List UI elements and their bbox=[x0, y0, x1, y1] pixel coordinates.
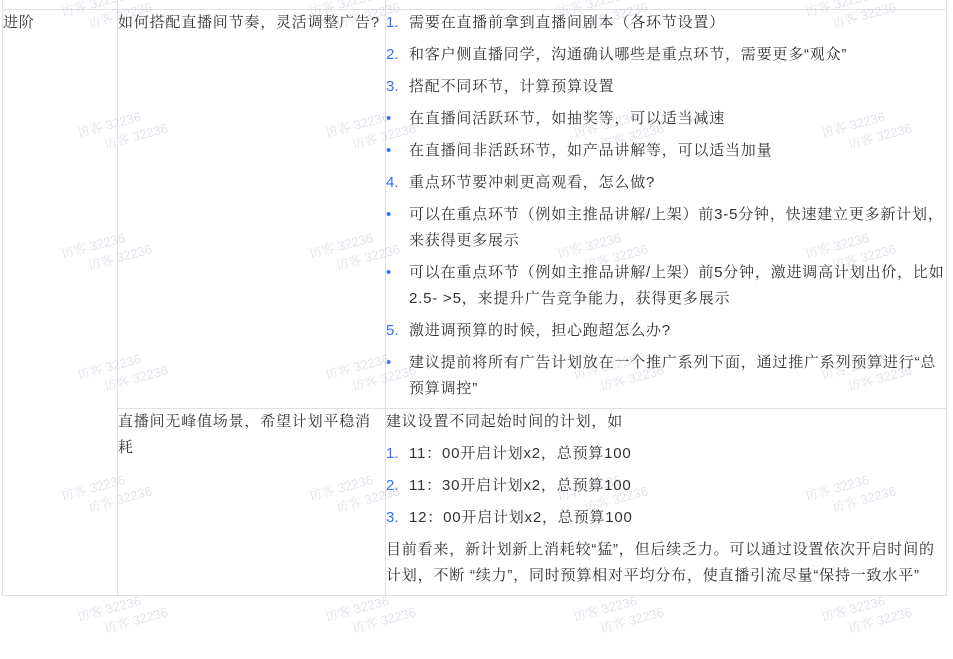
list-number: 1. bbox=[386, 441, 409, 467]
answer-text: 建议提前将所有广告计划放在一个推广系列下面，通过推广系列预算进行“总预算调控” bbox=[409, 350, 946, 402]
answer-text: 需要在直播前拿到直播间剧本（各环节设置） bbox=[409, 10, 946, 36]
table-row-partial bbox=[3, 0, 947, 10]
answer-paragraph: • 在直播间活跃环节，如抽奖等，可以适当减速 bbox=[386, 106, 946, 132]
answer-text: 激进调预算的时候，担心跑超怎么办? bbox=[409, 318, 946, 344]
faq-table-container: 进阶 如何搭配直播间节奏，灵活调整广告? 1. 需要在直播前拿到直播间剧本（各环… bbox=[2, 0, 947, 596]
answer-paragraph: 3. 12：00开启计划x2，总预算100 bbox=[386, 505, 946, 531]
answer-text: 建议设置不同起始时间的计划，如 bbox=[386, 413, 623, 430]
answer-paragraph: • 建议提前将所有广告计划放在一个推广系列下面，通过推广系列预算进行“总预算调控… bbox=[386, 350, 946, 402]
answer-paragraph: 1. 11：00开启计划x2，总预算100 bbox=[386, 441, 946, 467]
table-row: 直播间无峰值场景，希望计划平稳消耗 建议设置不同起始时间的计划，如 1. 11：… bbox=[3, 409, 947, 596]
answer-paragraph: • 可以在重点环节（例如主推品讲解/上架）前5分钟，激进调高计划出价，比如2.5… bbox=[386, 260, 946, 312]
answer-text: 可以在重点环节（例如主推品讲解/上架）前5分钟，激进调高计划出价，比如2.5- … bbox=[409, 260, 946, 312]
list-number: 3. bbox=[386, 505, 409, 531]
answer-paragraph: • 可以在重点环节（例如主推品讲解/上架）前3-5分钟，快速建立更多新计划，来获… bbox=[386, 202, 946, 254]
question-cell: 直播间无峰值场景，希望计划平稳消耗 bbox=[118, 409, 386, 596]
answer-cell: 建议设置不同起始时间的计划，如 1. 11：00开启计划x2，总预算100 2.… bbox=[386, 409, 947, 596]
answer-text: 11：30开启计划x2，总预算100 bbox=[409, 473, 946, 499]
answer-text: 和客户侧直播同学，沟通确认哪些是重点环节，需要更多“观众” bbox=[409, 42, 946, 68]
answer-text: 重点环节要冲刺更高观看，怎么做? bbox=[409, 170, 946, 196]
answer-text: 可以在重点环节（例如主推品讲解/上架）前3-5分钟，快速建立更多新计划，来获得更… bbox=[409, 202, 946, 254]
list-number: 5. bbox=[386, 318, 409, 344]
answer-paragraph: 建议设置不同起始时间的计划，如 bbox=[386, 409, 946, 435]
answer-text: 目前看来，新计划新上消耗较“猛”，但后续乏力。可以通过设置依次开启时间的计划，不… bbox=[386, 541, 935, 584]
question-text: 直播间无峰值场景，希望计划平稳消耗 bbox=[118, 413, 371, 456]
answer-paragraph: 2. 11：30开启计划x2，总预算100 bbox=[386, 473, 946, 499]
list-number: 2. bbox=[386, 473, 409, 499]
partial-cell bbox=[118, 0, 386, 10]
category-label: 进阶 bbox=[3, 14, 35, 31]
answer-paragraph: 5. 激进调预算的时候，担心跑超怎么办? bbox=[386, 318, 946, 344]
bullet-icon: • bbox=[386, 138, 409, 164]
bullet-icon: • bbox=[386, 260, 409, 286]
list-number: 2. bbox=[386, 42, 409, 68]
answer-paragraph: 4. 重点环节要冲刺更高观看，怎么做? bbox=[386, 170, 946, 196]
answer-text: 搭配不同环节，计算预算设置 bbox=[409, 74, 946, 100]
answer-text: 12：00开启计划x2，总预算100 bbox=[409, 505, 946, 531]
table-row: 进阶 如何搭配直播间节奏，灵活调整广告? 1. 需要在直播前拿到直播间剧本（各环… bbox=[3, 10, 947, 409]
question-cell: 如何搭配直播间节奏，灵活调整广告? bbox=[118, 10, 386, 409]
partial-cell bbox=[386, 0, 947, 10]
answer-paragraph: 目前看来，新计划新上消耗较“猛”，但后续乏力。可以通过设置依次开启时间的计划，不… bbox=[386, 537, 946, 589]
list-number: 1. bbox=[386, 10, 409, 36]
bullet-icon: • bbox=[386, 106, 409, 132]
faq-table: 进阶 如何搭配直播间节奏，灵活调整广告? 1. 需要在直播前拿到直播间剧本（各环… bbox=[2, 0, 947, 596]
question-text: 如何搭配直播间节奏，灵活调整广告? bbox=[118, 14, 380, 31]
bullet-icon: • bbox=[386, 202, 409, 228]
answer-text: 在直播间非活跃环节，如产品讲解等，可以适当加量 bbox=[409, 138, 946, 164]
bullet-icon: • bbox=[386, 350, 409, 376]
answer-paragraph: 3. 搭配不同环节，计算预算设置 bbox=[386, 74, 946, 100]
answer-paragraph: 2. 和客户侧直播同学，沟通确认哪些是重点环节，需要更多“观众” bbox=[386, 42, 946, 68]
answer-text: 11：00开启计划x2，总预算100 bbox=[409, 441, 946, 467]
answer-paragraph: • 在直播间非活跃环节，如产品讲解等，可以适当加量 bbox=[386, 138, 946, 164]
answer-cell: 1. 需要在直播前拿到直播间剧本（各环节设置） 2. 和客户侧直播同学，沟通确认… bbox=[386, 10, 947, 409]
list-number: 4. bbox=[386, 170, 409, 196]
list-number: 3. bbox=[386, 74, 409, 100]
category-cell: 进阶 bbox=[3, 10, 118, 596]
answer-paragraph: 1. 需要在直播前拿到直播间剧本（各环节设置） bbox=[386, 10, 946, 36]
answer-text: 在直播间活跃环节，如抽奖等，可以适当减速 bbox=[409, 106, 946, 132]
partial-cell bbox=[3, 0, 118, 10]
